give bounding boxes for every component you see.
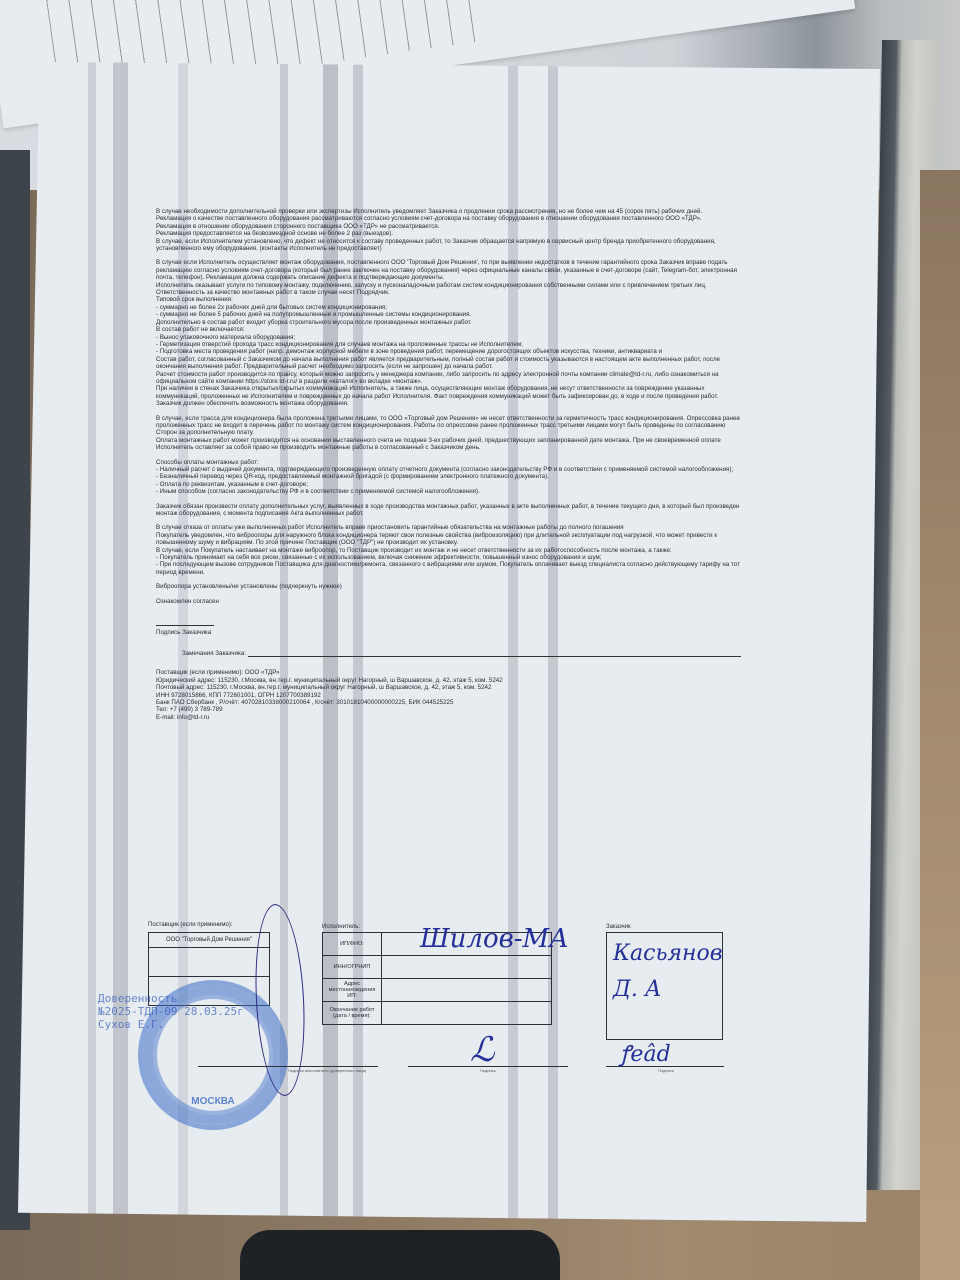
supplier-label: Поставщик (если применимо): — [148, 922, 232, 928]
paragraph: В состав работ не включается: — [156, 326, 741, 333]
executor-field-key: Адрес местонахождения ИП: — [323, 979, 382, 1002]
paragraph: - Покупатель принимает на себя все риски… — [156, 554, 741, 561]
paragraph: В случае, если Исполнителем установлено,… — [156, 238, 741, 253]
paragraph: E-mail: info@td-r.ru — [156, 714, 741, 721]
executor-field-value — [382, 979, 552, 1002]
executor-field-row: ИНН/ОГРНИП — [323, 956, 552, 979]
customer-box: Касьянов Д. А — [606, 932, 723, 1040]
installation-section: В случае если Исполнитель осуществляет м… — [156, 259, 741, 407]
supplier-sign-caption: Подпись исполнителя (доверенного лица) — [288, 1068, 366, 1073]
additional-services-text: Заказчик обязан произвести оплату дополн… — [156, 503, 741, 518]
proxy-line: Доверенность — [98, 992, 244, 1005]
paragraph: В случае, если трасса для кондиционера б… — [156, 415, 741, 437]
paragraph: В случае, если Покупатель настаивает на … — [156, 547, 741, 554]
paragraph: Оплата монтажных работ может производитс… — [156, 437, 741, 452]
vibro-installed-text: Виброопора установлены/не установлены (п… — [156, 583, 741, 590]
vibration-section: В случае отказа от оплаты уже выполненны… — [156, 524, 741, 576]
paragraph: - Вынос упаковочного материала оборудова… — [156, 334, 741, 341]
paragraph: - Наличный расчет с выдачей документа, п… — [156, 466, 741, 473]
paragraph: Состав работ, согласованный с Заказчиком… — [156, 356, 741, 371]
paragraph: Юридический адрес: 115230, г.Москва, вн.… — [156, 677, 741, 684]
paragraph: Банк ПАО Сбербанк , Р/счёт: 407028103380… — [156, 699, 741, 706]
executor-field-key: Окончание работ (дата / время): — [323, 1002, 382, 1025]
customer-sign-caption: Подпись — [658, 1068, 674, 1073]
customer-remarks-label: Замечания Заказчика: — [182, 650, 246, 657]
third-party-section: В случае, если трасса для кондиционера б… — [156, 415, 741, 452]
customer-signature: ꝭeâd — [620, 1038, 671, 1068]
paragraph: Рекламация предоставляется на безвозмезд… — [156, 230, 741, 237]
background-wood — [920, 170, 960, 1280]
paragraph: - Иным способом (согласно законодательст… — [156, 488, 741, 495]
paragraph: - Герметизация отверстий прохода трасс к… — [156, 341, 741, 348]
paragraph: При наличии в стенах Заказчика открытых/… — [156, 385, 741, 407]
paragraph: Рекламация в отношении оборудования стор… — [156, 223, 741, 230]
paragraph: Почтовый адрес: 115230, г.Москва, вн.тер… — [156, 684, 741, 691]
signature-blocks: Поставщик (если применимо): ООО "Торговы… — [128, 922, 728, 1082]
paragraph: - суммарно не более 2х рабочих дней для … — [156, 304, 741, 311]
executor-field-value — [382, 956, 552, 979]
proxy-stamp: Доверенность№2025-ТДП-09 28.03.25гСухов … — [98, 992, 244, 1031]
customer-signature-line — [156, 619, 214, 626]
paragraph: В случае если Исполнитель осуществляет м… — [156, 259, 741, 281]
executor-handwritten-name: Шилов-МА — [420, 924, 569, 954]
paragraph: - Безналичный перевод через QR-код, пред… — [156, 473, 741, 480]
customer-remarks: Замечания Заказчика: — [182, 650, 741, 657]
document-body: В случае необходимости дополнительной пр… — [156, 208, 741, 721]
paragraph: В случае отказа от оплаты уже выполненны… — [156, 524, 741, 531]
paragraph: Рекламация о качестве поставленного обор… — [156, 215, 741, 222]
executor-signature: ℒ — [470, 1030, 495, 1070]
customer-handwritten-initials: Д. А — [613, 977, 662, 1002]
paragraph: - При последующем вызове сотрудников Пос… — [156, 561, 741, 576]
paragraph: Тел: +7 (499) 3 789-789 — [156, 706, 741, 713]
supplier-name: ООО "Торговый Дом Решения" — [149, 933, 269, 948]
warranty-section: В случае необходимости дополнительной пр… — [156, 208, 741, 252]
paragraph: Поставщик (если применимо): ООО «ТДР» — [156, 669, 741, 676]
paragraph: Дополнительно в состав работ входит убор… — [156, 319, 741, 326]
paragraph: Расчет стоимости работ производится по п… — [156, 371, 741, 386]
background-object — [240, 1230, 560, 1280]
executor-field-row: Адрес местонахождения ИП: — [323, 979, 552, 1002]
executor-field-value — [382, 1002, 552, 1025]
acknowledged-text: Ознакомлен согласен — [156, 598, 741, 605]
proxy-line: Сухов Е.Г. — [98, 1018, 244, 1031]
executor-label: Исполнитель: — [322, 924, 360, 930]
paragraph: - Подготовка места проведения работ (нап… — [156, 348, 741, 355]
supplier-info: Поставщик (если применимо): ООО «ТДР»Юри… — [156, 669, 741, 721]
paragraph: - суммарно не более 5 рабочих дней на по… — [156, 311, 741, 318]
paragraph: - Оплата по реквизитам, указанным в счет… — [156, 481, 741, 488]
customer-signature-label: Подпись Заказчика — [156, 629, 741, 636]
executor-field-key: ИП/ФИО: — [323, 933, 382, 956]
customer-label: Заказчик — [606, 924, 631, 930]
paragraph: Исполнитель оказывает услуги по типовому… — [156, 282, 741, 297]
paragraph: Покупатель уведомлен, что виброопоры для… — [156, 532, 741, 547]
executor-sign-caption: Подпись — [480, 1068, 496, 1073]
customer-remarks-line — [248, 650, 741, 657]
paragraph: В случае необходимости дополнительной пр… — [156, 208, 741, 215]
customer-handwritten-surname: Касьянов — [613, 941, 723, 966]
executor-field-row: Окончание работ (дата / время): — [323, 1002, 552, 1025]
proxy-line: №2025-ТДП-09 28.03.25г — [98, 1005, 244, 1018]
executor-field-key: ИНН/ОГРНИП — [323, 956, 382, 979]
paragraph: Способы оплаты монтажных работ: — [156, 459, 741, 466]
paragraph: ИНН 9728015866, КПП 772601001, ОГРН 1207… — [156, 692, 741, 699]
payment-methods-section: Способы оплаты монтажных работ:- Наличны… — [156, 459, 741, 496]
paragraph: Типовой срок выполнения: — [156, 296, 741, 303]
